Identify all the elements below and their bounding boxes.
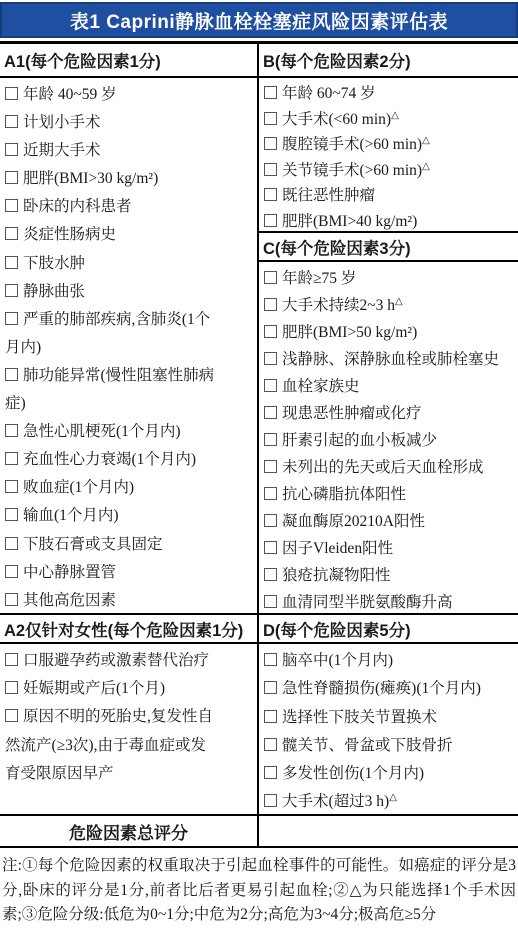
footnote: 注:①每个危险因素的权重取决于引起血栓事件的可能性。如癌症的评分是3分,卧床的评… [0, 848, 518, 928]
checkbox[interactable] [264, 653, 277, 666]
checkbox[interactable] [5, 565, 18, 578]
item-label: 其他高危因素 [23, 592, 116, 609]
checklist-item: 卧床的内科患者 [5, 193, 255, 221]
checklist-item: 关节镜手术(>60 min)△ [264, 158, 516, 184]
checklist-item: 急性脊髓损伤(瘫痪)(1个月内) [264, 675, 516, 703]
checklist-item: 年龄 40~59 岁 [5, 81, 255, 109]
checklist-item: 髋关节、骨盆或下肢骨折 [264, 732, 516, 760]
item-label: 因子Vleiden阳性 [282, 540, 393, 557]
item-label: 输血(1个月内) [23, 507, 119, 524]
section-header-a2: A2仅针对女性(每个危险因素1分) [0, 613, 257, 644]
checkbox[interactable] [5, 115, 18, 128]
checkbox[interactable] [5, 681, 18, 694]
item-label: 腹腔镜手术(>60 min)△ [282, 136, 430, 153]
item-label: 选择性下肢关节置换术 [282, 709, 437, 726]
checkbox[interactable] [5, 256, 18, 269]
item-label: 大手术(超过3 h)△ [282, 793, 397, 810]
total-score-row: 危险因素总评分 [0, 814, 257, 846]
checkbox[interactable] [5, 368, 18, 381]
checkbox[interactable] [264, 794, 277, 807]
checklist-item: 因子Vleiden阳性 [264, 535, 516, 562]
checkbox[interactable] [264, 487, 277, 500]
triangle-marker: △ [391, 109, 399, 120]
item-label: 炎症性肠病史 [23, 226, 116, 243]
checkbox[interactable] [264, 137, 277, 150]
checkbox[interactable] [5, 171, 18, 184]
checklist-item: 大手术(<60 min)△ [264, 107, 516, 133]
item-label: 急性心肌梗死(1个月内) [23, 423, 181, 440]
checklist-a2: 口服避孕药或激素替代治疗妊娠期或产后(1个月)原因不明的死胎史,复发性自 然流产… [0, 644, 257, 814]
item-label: 未列出的先天或后天血栓形成 [282, 459, 484, 476]
item-label: 近期大手术 [23, 142, 101, 159]
section-header-a2-label: A2仅针对女性(每个危险因素1分) [4, 617, 243, 641]
footnote-text: 注:①每个危险因素的权重取决于引起血栓事件的可能性。如癌症的评分是3分,卧床的评… [2, 857, 516, 923]
item-label: 年龄 60~74 岁 [282, 85, 376, 102]
checkbox[interactable] [5, 508, 18, 521]
checklist-item: 肥胖(BMI>50 kg/m²) [264, 319, 516, 346]
checklist-item: 静脉曲张 [5, 278, 255, 306]
item-label: 急性脊髓损伤(瘫痪)(1个月内) [282, 680, 481, 697]
checklist-item: 腹腔镜手术(>60 min)△ [264, 132, 516, 158]
checklist-item: 肥胖(BMI>40 kg/m²) [264, 209, 516, 232]
caprini-risk-table-page: 表1 Caprini静脉血栓栓塞症风险因素评估表 A1(每个危险因素1分) 年龄… [0, 0, 518, 950]
item-label: 多发性创伤(1个月内) [282, 765, 424, 782]
checkbox[interactable] [264, 86, 277, 99]
checklist-d: 脑卒中(1个月内)急性脊髓损伤(瘫痪)(1个月内)选择性下肢关节置换术髋关节、骨… [259, 644, 518, 814]
item-label: 静脉曲张 [23, 283, 85, 300]
table-column-right: B(每个危险因素2分) 年龄 60~74 岁大手术(<60 min)△腹腔镜手术… [259, 44, 518, 846]
item-label: 年龄≥75 岁 [282, 270, 356, 287]
checkbox[interactable] [5, 312, 18, 325]
item-label: 卧床的内科患者 [23, 198, 132, 215]
checkbox[interactable] [264, 406, 277, 419]
checklist-item: 输血(1个月内) [5, 502, 255, 530]
checklist-item: 狼疮抗凝物阳性 [264, 562, 516, 589]
total-score-value-cell [259, 814, 518, 846]
item-label: 大手术持续2~3 h△ [282, 297, 403, 314]
section-header-a1-label: A1(每个危险因素1分) [4, 48, 161, 72]
checkbox[interactable] [264, 433, 277, 446]
checklist-item: 未列出的先天或后天血栓形成 [264, 454, 516, 481]
checkbox[interactable] [5, 284, 18, 297]
checkbox[interactable] [264, 766, 277, 779]
checklist-item: 原因不明的死胎史,复发性自 然流产(≥3次),由于毒血症或发 育受限原因早产 [5, 703, 255, 788]
checkbox[interactable] [5, 199, 18, 212]
checkbox[interactable] [264, 163, 277, 176]
section-header-d: D(每个危险因素5分) [259, 613, 518, 644]
item-label: 肥胖(BMI>40 kg/m²) [282, 213, 417, 230]
item-label: 脑卒中(1个月内) [282, 652, 393, 669]
checklist-item: 中心静脉置管 [5, 559, 255, 587]
item-label: 既往恶性肿瘤 [282, 187, 375, 204]
checkbox[interactable] [264, 568, 277, 581]
checklist-item: 妊娠期或产后(1个月) [5, 675, 255, 703]
item-label: 现患恶性肿瘤或化疗 [282, 405, 422, 422]
checklist-item: 既往恶性肿瘤 [264, 183, 516, 209]
checkbox[interactable] [264, 738, 277, 751]
item-label: 肥胖(BMI>30 kg/m²) [23, 170, 158, 187]
checkbox[interactable] [264, 514, 277, 527]
risk-factor-table: A1(每个危险因素1分) 年龄 40~59 岁计划小手术近期大手术肥胖(BMI>… [0, 41, 518, 848]
checkbox[interactable] [264, 298, 277, 311]
checkbox[interactable] [264, 681, 277, 694]
checkbox[interactable] [5, 452, 18, 465]
item-label: 妊娠期或产后(1个月) [23, 680, 165, 697]
checkbox[interactable] [264, 325, 277, 338]
section-header-d-label: D(每个危险因素5分) [263, 617, 411, 641]
checkbox[interactable] [264, 595, 277, 608]
section-header-c-label: C(每个危险因素3分) [263, 235, 411, 259]
checklist-item: 严重的肺部疾病,含肺炎(1个 月内) [5, 306, 255, 362]
checkbox[interactable] [264, 352, 277, 365]
section-header-b-label: B(每个危险因素2分) [263, 48, 411, 72]
checklist-item: 充血性心力衰竭(1个月内) [5, 446, 255, 474]
item-label: 败血症(1个月内) [23, 479, 134, 496]
checklist-b: 年龄 60~74 岁大手术(<60 min)△腹腔镜手术(>60 min)△关节… [259, 78, 518, 231]
checklist-item: 计划小手术 [5, 109, 255, 137]
checkbox[interactable] [264, 214, 277, 227]
checklist-item: 下肢水肿 [5, 250, 255, 278]
checkbox[interactable] [5, 537, 18, 550]
item-label: 抗心磷脂抗体阳性 [282, 486, 406, 503]
table-column-left: A1(每个危险因素1分) 年龄 40~59 岁计划小手术近期大手术肥胖(BMI>… [0, 44, 259, 846]
checklist-item: 败血症(1个月内) [5, 474, 255, 502]
checklist-item: 凝血酶原20210A阳性 [264, 508, 516, 535]
item-label: 血清同型半胱氨酸酶升高 [282, 594, 453, 611]
checklist-item: 急性心肌梗死(1个月内) [5, 418, 255, 446]
table-title: 表1 Caprini静脉血栓栓塞症风险因素评估表 [70, 7, 448, 34]
triangle-marker: △ [422, 160, 430, 171]
checklist-item: 血清同型半胱氨酸酶升高 [264, 589, 516, 613]
item-label: 原因不明的死胎史,复发性自 然流产(≥3次),由于毒血症或发 育受限原因早产 [5, 708, 213, 781]
checklist-item: 脑卒中(1个月内) [264, 647, 516, 675]
checklist-item: 肺功能异常(慢性阻塞性肺病 症) [5, 362, 255, 418]
section-header-c: C(每个危险因素3分) [259, 231, 518, 262]
item-label: 下肢石膏或支具固定 [23, 536, 163, 553]
checkbox[interactable] [5, 709, 18, 722]
checkbox[interactable] [264, 541, 277, 554]
checklist-item: 肝素引起的血小板减少 [264, 427, 516, 454]
item-label: 关节镜手术(>60 min)△ [282, 162, 430, 179]
checkbox[interactable] [5, 653, 18, 666]
item-label: 髋关节、骨盆或下肢骨折 [282, 737, 453, 754]
checkbox[interactable] [5, 593, 18, 606]
item-label: 年龄 40~59 岁 [23, 86, 117, 103]
checklist-item: 多发性创伤(1个月内) [264, 760, 516, 788]
section-header-a1: A1(每个危险因素1分) [0, 44, 257, 78]
checkbox[interactable] [5, 143, 18, 156]
item-label: 血栓家族史 [282, 378, 360, 395]
checklist-item: 下肢石膏或支具固定 [5, 531, 255, 559]
checklist-item: 抗心磷脂抗体阳性 [264, 481, 516, 508]
triangle-marker: △ [395, 296, 403, 307]
item-label: 中心静脉置管 [23, 564, 116, 581]
item-label: 下肢水肿 [23, 255, 85, 272]
triangle-marker: △ [389, 792, 397, 803]
item-label: 狼疮抗凝物阳性 [282, 567, 391, 584]
checklist-item: 口服避孕药或激素替代治疗 [5, 647, 255, 675]
item-label: 凝血酶原20210A阳性 [282, 513, 425, 530]
checklist-item: 浅静脉、深静脉血栓或肺栓塞史 [264, 346, 516, 373]
checklist-item: 炎症性肠病史 [5, 221, 255, 249]
checklist-item: 年龄 60~74 岁 [264, 81, 516, 107]
checklist-item: 选择性下肢关节置换术 [264, 704, 516, 732]
item-label: 口服避孕药或激素替代治疗 [23, 652, 209, 669]
checklist-item: 其他高危因素 [5, 587, 255, 613]
checkbox[interactable] [264, 460, 277, 473]
checklist-item: 肥胖(BMI>30 kg/m²) [5, 165, 255, 193]
checkbox[interactable] [264, 112, 277, 125]
table-title-bar: 表1 Caprini静脉血栓栓塞症风险因素评估表 [0, 2, 518, 38]
checklist-item: 年龄≥75 岁 [264, 265, 516, 292]
checkbox[interactable] [5, 480, 18, 493]
section-header-b: B(每个危险因素2分) [259, 44, 518, 78]
checkbox[interactable] [264, 188, 277, 201]
item-label: 充血性心力衰竭(1个月内) [23, 451, 196, 468]
checklist-item: 现患恶性肿瘤或化疗 [264, 400, 516, 427]
item-label: 计划小手术 [23, 114, 101, 131]
checklist-c: 年龄≥75 岁大手术持续2~3 h△肥胖(BMI>50 kg/m²)浅静脉、深静… [259, 262, 518, 613]
checkbox[interactable] [264, 710, 277, 723]
triangle-marker: △ [422, 135, 430, 146]
item-label: 肥胖(BMI>50 kg/m²) [282, 324, 417, 341]
checklist-a1: 年龄 40~59 岁计划小手术近期大手术肥胖(BMI>30 kg/m²)卧床的内… [0, 78, 257, 613]
checkbox[interactable] [264, 379, 277, 392]
item-label: 肝素引起的血小板减少 [282, 432, 437, 449]
item-label: 严重的肺部疾病,含肺炎(1个 月内) [5, 311, 210, 356]
item-label: 浅静脉、深静脉血栓或肺栓塞史 [282, 351, 499, 368]
checkbox[interactable] [5, 87, 18, 100]
checklist-item: 大手术(超过3 h)△ [264, 788, 516, 814]
item-label: 大手术(<60 min)△ [282, 111, 399, 128]
checkbox[interactable] [264, 271, 277, 284]
item-label: 肺功能异常(慢性阻塞性肺病 症) [5, 367, 214, 412]
checklist-item: 血栓家族史 [264, 373, 516, 400]
checkbox[interactable] [5, 424, 18, 437]
checkbox[interactable] [5, 227, 18, 240]
total-score-label: 危险因素总评分 [69, 819, 188, 844]
checklist-item: 近期大手术 [5, 137, 255, 165]
checklist-item: 大手术持续2~3 h△ [264, 292, 516, 319]
